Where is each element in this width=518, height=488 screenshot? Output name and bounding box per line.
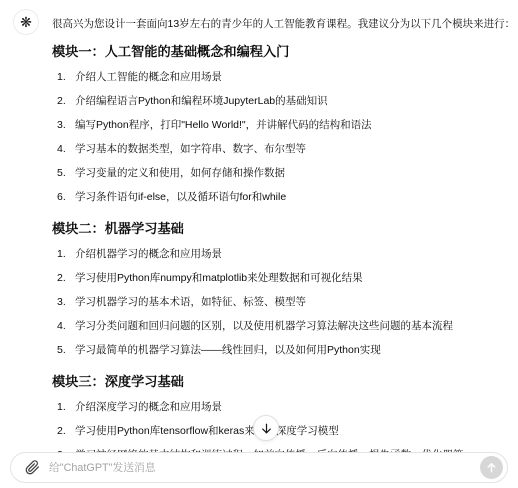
list-item-text: 学习分类问题和回归问题的区别，以及使用机器学习算法解决这些问题的基本流程	[75, 319, 453, 333]
message-intro: 很高兴为您设计一套面向13岁左右的青少年的人工智能教育课程。我建议分为以下几个模…	[52, 17, 512, 31]
list-item: 2.介绍编程语言Python和编程环境JupyterLab的基础知识	[52, 94, 512, 108]
list-item: 1.介绍机器学习的概念和应用场景	[52, 247, 512, 261]
list-number: 3.	[57, 118, 70, 132]
list-item-text: 介绍编程语言Python和编程环境JupyterLab的基础知识	[75, 94, 328, 108]
list-number: 4.	[57, 319, 70, 333]
module-2-title: 模块二：机器学习基础	[52, 220, 512, 237]
list-number: 4.	[57, 142, 70, 156]
assistant-avatar: ❋	[13, 9, 39, 35]
list-number: 5.	[57, 343, 70, 357]
list-number: 3.	[57, 295, 70, 309]
chatgpt-logo-icon: ❋	[20, 15, 32, 29]
arrow-down-icon	[260, 422, 273, 435]
list-number: 1.	[57, 400, 70, 414]
arrow-up-icon	[485, 461, 498, 474]
list-item: 3.学习机器学习的基本术语，如特征、标签、模型等	[52, 295, 512, 309]
list-item: 6.学习条件语句if-else，以及循环语句for和while	[52, 190, 512, 204]
list-number: 2.	[57, 94, 70, 108]
list-item: 2.学习使用Python库numpy和matplotlib来处理数据和可视化结果	[52, 271, 512, 285]
list-number: 1.	[57, 247, 70, 261]
list-item-text: 编写Python程序，打印"Hello World!"，并讲解代码的结构和语法	[75, 118, 372, 132]
list-item: 3.编写Python程序，打印"Hello World!"，并讲解代码的结构和语…	[52, 118, 512, 132]
list-item-text: 介绍深度学习的概念和应用场景	[75, 400, 222, 414]
list-item: 5.学习变量的定义和使用，如何存储和操作数据	[52, 166, 512, 180]
list-item: 2.学习使用Python库tensorflow和keras来实现深度学习模型	[52, 424, 512, 438]
module-1-title: 模块一：人工智能的基础概念和编程入门	[52, 43, 512, 60]
module-2-list: 1.介绍机器学习的概念和应用场景 2.学习使用Python库numpy和matp…	[52, 247, 512, 357]
send-button[interactable]	[480, 456, 503, 479]
attach-button[interactable]	[21, 457, 43, 479]
list-item: 4.学习基本的数据类型，如字符串、数字、布尔型等	[52, 142, 512, 156]
list-number: 2.	[57, 424, 70, 438]
list-item-text: 学习变量的定义和使用，如何存储和操作数据	[75, 166, 285, 180]
list-item: 5.学习最简单的机器学习算法——线性回归，以及如何用Python实现	[52, 343, 512, 357]
list-item: 1.介绍深度学习的概念和应用场景	[52, 400, 512, 414]
list-item-text: 学习使用Python库numpy和matplotlib来处理数据和可视化结果	[75, 271, 363, 285]
message-input[interactable]	[49, 462, 480, 474]
list-item-text: 学习使用Python库tensorflow和keras来实现深度学习模型	[75, 424, 339, 438]
composer-bar	[10, 452, 508, 483]
list-number: 1.	[57, 70, 70, 84]
list-item: 1.介绍人工智能的概念和应用场景	[52, 70, 512, 84]
list-item: 4.学习分类问题和回归问题的区别，以及使用机器学习算法解决这些问题的基本流程	[52, 319, 512, 333]
list-number: 2.	[57, 271, 70, 285]
assistant-message: 很高兴为您设计一套面向13岁左右的青少年的人工智能教育课程。我建议分为以下几个模…	[52, 17, 512, 472]
paperclip-icon	[25, 460, 40, 475]
module-1-list: 1.介绍人工智能的概念和应用场景 2.介绍编程语言Python和编程环境Jupy…	[52, 70, 512, 204]
list-item-text: 学习机器学习的基本术语，如特征、标签、模型等	[75, 295, 306, 309]
list-number: 6.	[57, 190, 70, 204]
list-item-text: 学习条件语句if-else，以及循环语句for和while	[75, 190, 286, 204]
module-3-title: 模块三：深度学习基础	[52, 373, 512, 390]
list-number: 5.	[57, 166, 70, 180]
list-item-text: 学习最简单的机器学习算法——线性回归，以及如何用Python实现	[75, 343, 381, 357]
scroll-to-bottom-button[interactable]	[253, 415, 279, 441]
list-item-text: 介绍人工智能的概念和应用场景	[75, 70, 222, 84]
list-item-text: 学习基本的数据类型，如字符串、数字、布尔型等	[75, 142, 306, 156]
list-item-text: 介绍机器学习的概念和应用场景	[75, 247, 222, 261]
chat-window: ❋ 很高兴为您设计一套面向13岁左右的青少年的人工智能教育课程。我建议分为以下几…	[0, 0, 518, 488]
